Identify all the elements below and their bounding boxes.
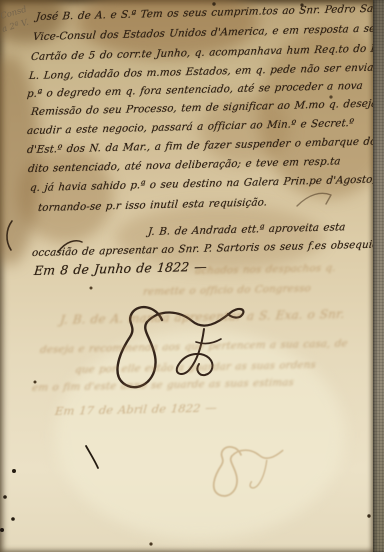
manuscript-line: p.ª o degredo em q. fora sentenciado, at…	[26, 81, 363, 101]
manuscript-line: José B. de A. e S.ª Tem os seus cumprim.…	[35, 3, 384, 24]
manuscript-line: Cartão de 5 do corr.te Junho, q. acompan…	[30, 43, 384, 64]
manuscript-line: Remissão do seu Processo, tem de signifi…	[30, 98, 384, 119]
faded-line: que por elle estão a guardar as suas ord…	[74, 360, 316, 377]
cloth-backing-strip	[373, 0, 384, 552]
ink-mark-flourish	[295, 188, 335, 212]
margin-note: Consd a 2ª V.	[0, 4, 32, 36]
ink-specks	[0, 0, 2, 2]
ink-mark-paren	[3, 219, 15, 253]
closing-line: J. B. de Andrada ett.ª aproveita esta	[147, 222, 346, 239]
ink-mark-flourish	[56, 235, 84, 255]
faded-line: em o fim d'este anno se guarde as suas e…	[31, 378, 294, 395]
faded-date-line: Em 17 de Abril de 1822 —	[54, 402, 217, 419]
manuscript-line: d'Est.º dos N. da Mar., a fim de fazer s…	[26, 136, 376, 156]
manuscript-scan: Consd a 2ª V. José B. de A. e S.ª Tem os…	[0, 0, 384, 552]
faded-signature-rubric	[203, 432, 298, 507]
paper-sheet: Consd a 2ª V. José B. de A. e S.ª Tem os…	[0, 0, 373, 552]
closing-line: occasião de apresentar ao Snr. P. Sartor…	[31, 239, 384, 260]
manuscript-line: Vice-Consul dos Estados Unidos d'America…	[32, 23, 382, 43]
faded-line: achados nos despachos q.	[194, 263, 336, 278]
manuscript-line: tornando-se p.r isso inutil esta requisi…	[37, 197, 267, 214]
date-line: Em 8 de Junho de 1822 —	[33, 260, 207, 279]
ink-mark-slash	[83, 444, 101, 470]
manuscript-line: acudir a este negocio, passará a officia…	[26, 118, 354, 138]
manuscript-line: dito sentenciado, até nova deliberação; …	[27, 156, 341, 175]
faded-line: remette o officio do Congresso	[142, 283, 311, 298]
